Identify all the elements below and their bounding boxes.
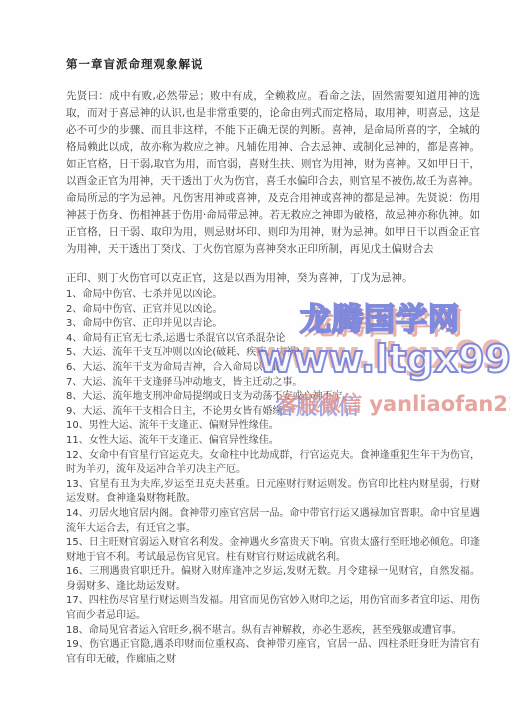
list-item: 16、三刑遇贵官职迁升。偏财入财库逢冲之岁运,发财无数。月令建禄一见财官，自然发… (66, 565, 480, 594)
intro-paragraph-2: 命局所忌的字为忌神。凡伤害用神或喜神，及克合用神或喜神的都是忌神。先贤说：伤用神… (66, 190, 480, 258)
list-item: 14、刃居火地官居内阁。食神带刃座官宫居一品。命中带官行运又遇禄加官晋职。命中官… (66, 507, 480, 536)
list-item: 9、大运、流年干支相合日主，不论男女皆有婚缘。 (66, 405, 480, 420)
list-item: 6、大运、流年干支为命局吉神，合入命局以吉论。 (66, 361, 480, 376)
list-item: 8、大运、流年地支刑冲命局提纲或日支为动荡不安或心神不宁。 (66, 390, 480, 405)
intro-paragraph-1: 先贤曰：成中有败,必然带忌；败中有成，全赖救应。看命之法，固然需要知道用神的选取… (66, 88, 480, 190)
list-item: 4、命局有正官无七杀,运遇七杀混官以官杀混杂论 (66, 332, 480, 347)
list-item: 17、四柱伤尽官星行财运则当发福。用官而见伤官妙入财印之运，用伤官而多者宜印运、… (66, 594, 480, 623)
list-item: 7、大运、流年干支逢驿马冲动地支，皆主迁动之事。 (66, 376, 480, 391)
chapter-title: 第一章盲派命理观象解说 (66, 56, 480, 72)
continuation-line: 正印、则丁火伤官可以克正官，这是以酉为用神，癸为喜神，丁戊为忌神。 (66, 270, 480, 286)
list-item: 12、女命中有官星行官运克夫。女命柱中比劫成群，行官运克夫。食神逢重犯生年干为伤… (66, 449, 480, 478)
document-page: 第一章盲派命理观象解说 先贤曰：成中有败,必然带忌；败中有成，全赖救应。看命之法… (0, 0, 510, 720)
list-item: 2、命局中伤官、正官并见以凶论。 (66, 303, 480, 318)
list-item: 18、命局见官者运入官旺乡,祸不堪言。纵有吉神解救，亦必生恶疾，甚至残躯或遭官事… (66, 624, 480, 639)
list-item: 10、男性大运、流年干支逢正、偏财异性缘佳。 (66, 419, 480, 434)
list-item: 3、命局中伤官、正印并见以吉论。 (66, 317, 480, 332)
list-item: 5、大运、流年干支互冲则以凶论(破耗、疾病、灾祸)。 (66, 346, 480, 361)
rules-section: 正印、则丁火伤官可以克正官，这是以酉为用神，癸为喜神，丁戊为忌神。 1、命局中伤… (66, 270, 480, 667)
list-item: 13、官星有丑为夫库,岁运至丑克夫甚重。日元座财行财运则发。伤官印比柱内财星弱，… (66, 478, 480, 507)
list-item: 19、伤官遇正官隐,遇杀印财而位重权高、食神带刃座官，官居一品、四柱杀旺身旺为清… (66, 638, 480, 667)
list-item: 11、女性大运、流年干支逢正、偏官异性缘佳。 (66, 434, 480, 449)
numbered-list: 1、命局中伤官、七杀并见以凶论。2、命局中伤官、正官并见以凶论。3、命局中伤官、… (66, 288, 480, 667)
list-item: 1、命局中伤官、七杀并见以凶论。 (66, 288, 480, 303)
intro-section: 第一章盲派命理观象解说 先贤曰：成中有败,必然带忌；败中有成，全赖救应。看命之法… (66, 56, 480, 258)
list-item: 15、日主旺财官弱运入财官名利发。金神遇火乡富贵天下响。官贵太盛行至旺地必倾危。… (66, 536, 480, 565)
